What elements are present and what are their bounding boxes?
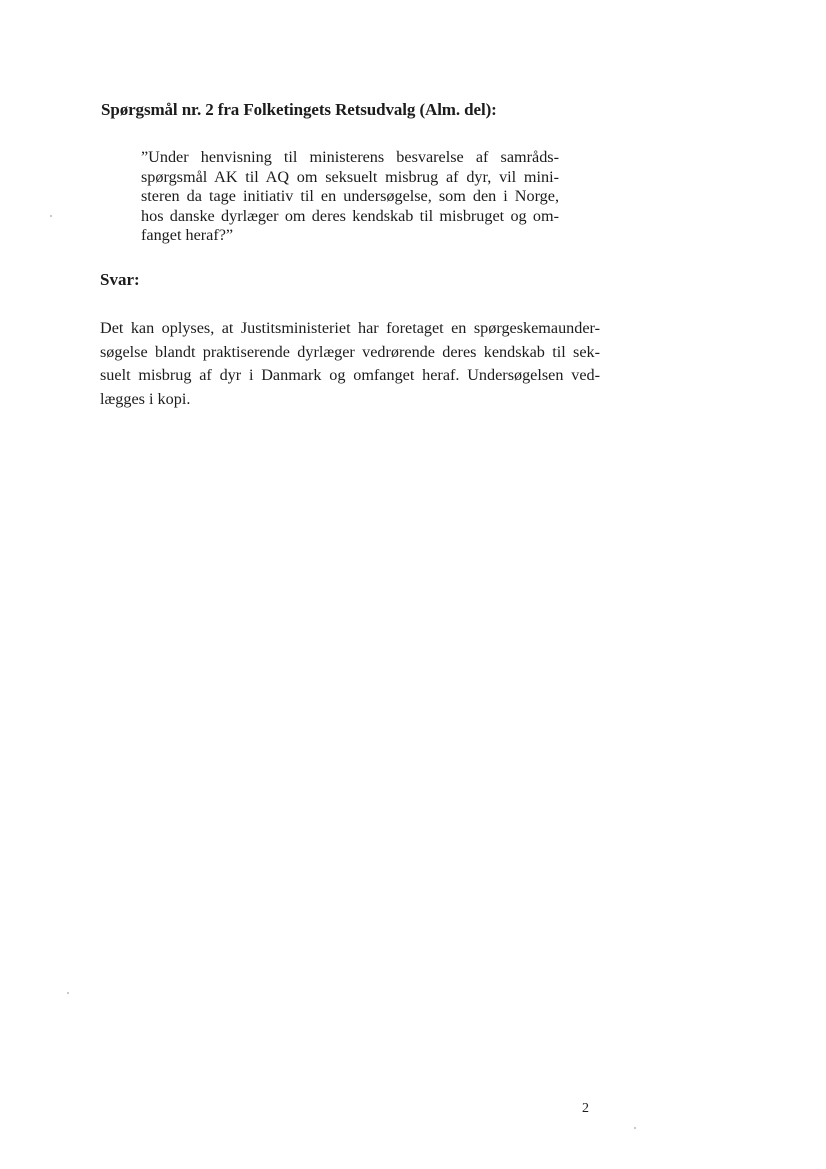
answer-line: lægges i kopi. [100, 388, 600, 412]
answer-heading: Svar: [100, 270, 140, 290]
answer-line: Det kan oplyses, at Justitsministeriet h… [100, 317, 600, 341]
scan-speck [50, 215, 52, 217]
answer-line: søgelse blandt praktiserende dyrlæger ve… [100, 341, 600, 365]
question-quote: ”Under henvisning til ministerens besvar… [141, 148, 559, 246]
answer-paragraph: Det kan oplyses, at Justitsministeriet h… [100, 317, 600, 411]
question-line: fanget heraf?” [141, 226, 559, 246]
document-page: Spørgsmål nr. 2 fra Folketingets Retsudv… [0, 0, 826, 1169]
question-line: spørgsmål AK til AQ om seksuelt misbrug … [141, 168, 559, 188]
scan-speck [634, 1127, 636, 1129]
scan-speck [67, 992, 69, 994]
answer-line: suelt misbrug af dyr i Danmark og omfang… [100, 364, 600, 388]
question-line: steren da tage initiativ til en undersøg… [141, 187, 559, 207]
question-line: hos danske dyrlæger om deres kendskab ti… [141, 207, 559, 227]
question-line: ”Under henvisning til ministerens besvar… [141, 148, 559, 168]
page-number: 2 [582, 1101, 589, 1117]
question-heading: Spørgsmål nr. 2 fra Folketingets Retsudv… [101, 100, 497, 120]
